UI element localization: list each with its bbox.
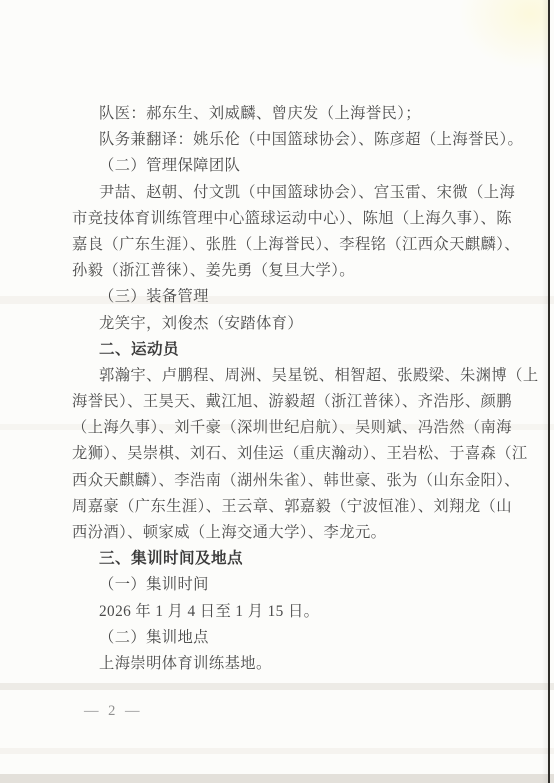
document-line: 上海崇明体育训练基地。 bbox=[72, 651, 532, 677]
document-line: （二）集训地点 bbox=[72, 625, 532, 651]
document-line: 郭瀚宇、卢鹏程、周洲、吴星锐、相智超、张殿梁、朱渊博（上 bbox=[72, 363, 532, 389]
document-line: 队医：郝东生、刘威麟、曾庆发（上海誉民）； bbox=[72, 101, 532, 127]
document-line: 龙笑宇，刘俊杰（安踏体育） bbox=[72, 311, 532, 337]
document-line: 三、集训时间及地点 bbox=[72, 546, 532, 572]
page-number: — 2 — bbox=[84, 703, 143, 720]
document-line: 2026 年 1 月 4 日至 1 月 15 日。 bbox=[72, 599, 532, 625]
document-line: 市竞技体育训练管理中心篮球运动中心）、陈旭（上海久事）、陈 bbox=[72, 206, 532, 232]
document-line: （一）集训时间 bbox=[72, 572, 532, 598]
document-line: 西众天麒麟）、李浩南（湖州朱雀）、韩世豪、张为（山东金阳）、 bbox=[72, 468, 532, 494]
document-line: （三）装备管理 bbox=[72, 284, 532, 310]
page-edge-line bbox=[548, 0, 550, 783]
document-line: 孙毅（浙江普徕）、姜先勇（复旦大学）。 bbox=[72, 258, 532, 284]
document-line: 二、运动员 bbox=[72, 337, 532, 363]
document-line: 队务兼翻译：姚乐伦（中国篮球协会）、陈彦超（上海誉民）。 bbox=[72, 127, 532, 153]
document-line: 龙狮）、吴崇棋、刘石、刘佳运（重庆瀚动）、王岩松、于喜森（江 bbox=[72, 441, 532, 467]
document-line: 西汾酒）、顿家威（上海交通大学）、李龙元。 bbox=[72, 520, 532, 546]
scan-artifact bbox=[0, 748, 554, 754]
document-line: 周嘉豪（广东生涯）、王云章、郭嘉毅（宁波恒准）、刘翔龙（山 bbox=[72, 494, 532, 520]
scan-artifact bbox=[0, 774, 554, 783]
document-line: 嘉良（广东生涯）、张胜（上海誉民）、李程铭（江西众天麒麟）、 bbox=[72, 232, 532, 258]
document-body: 队医：郝东生、刘威麟、曾庆发（上海誉民）；队务兼翻译：姚乐伦（中国篮球协会）、陈… bbox=[72, 101, 532, 677]
document-line: （上海久事）、刘千豪（深圳世纪启航）、吴则斌、冯浩然（南海 bbox=[72, 415, 532, 441]
scan-corner-tint bbox=[458, 0, 548, 70]
scan-artifact bbox=[0, 683, 554, 690]
document-line: 海誉民）、王昊天、戴江旭、游毅超（浙江普徕）、齐浩彤、颜鹏 bbox=[72, 389, 532, 415]
document-line: （二）管理保障团队 bbox=[72, 153, 532, 179]
document-line: 尹喆、赵朝、付文凯（中国篮球协会）、宫玉雷、宋微（上海 bbox=[72, 180, 532, 206]
scanned-document-page: 队医：郝东生、刘威麟、曾庆发（上海誉民）；队务兼翻译：姚乐伦（中国篮球协会）、陈… bbox=[0, 0, 554, 783]
